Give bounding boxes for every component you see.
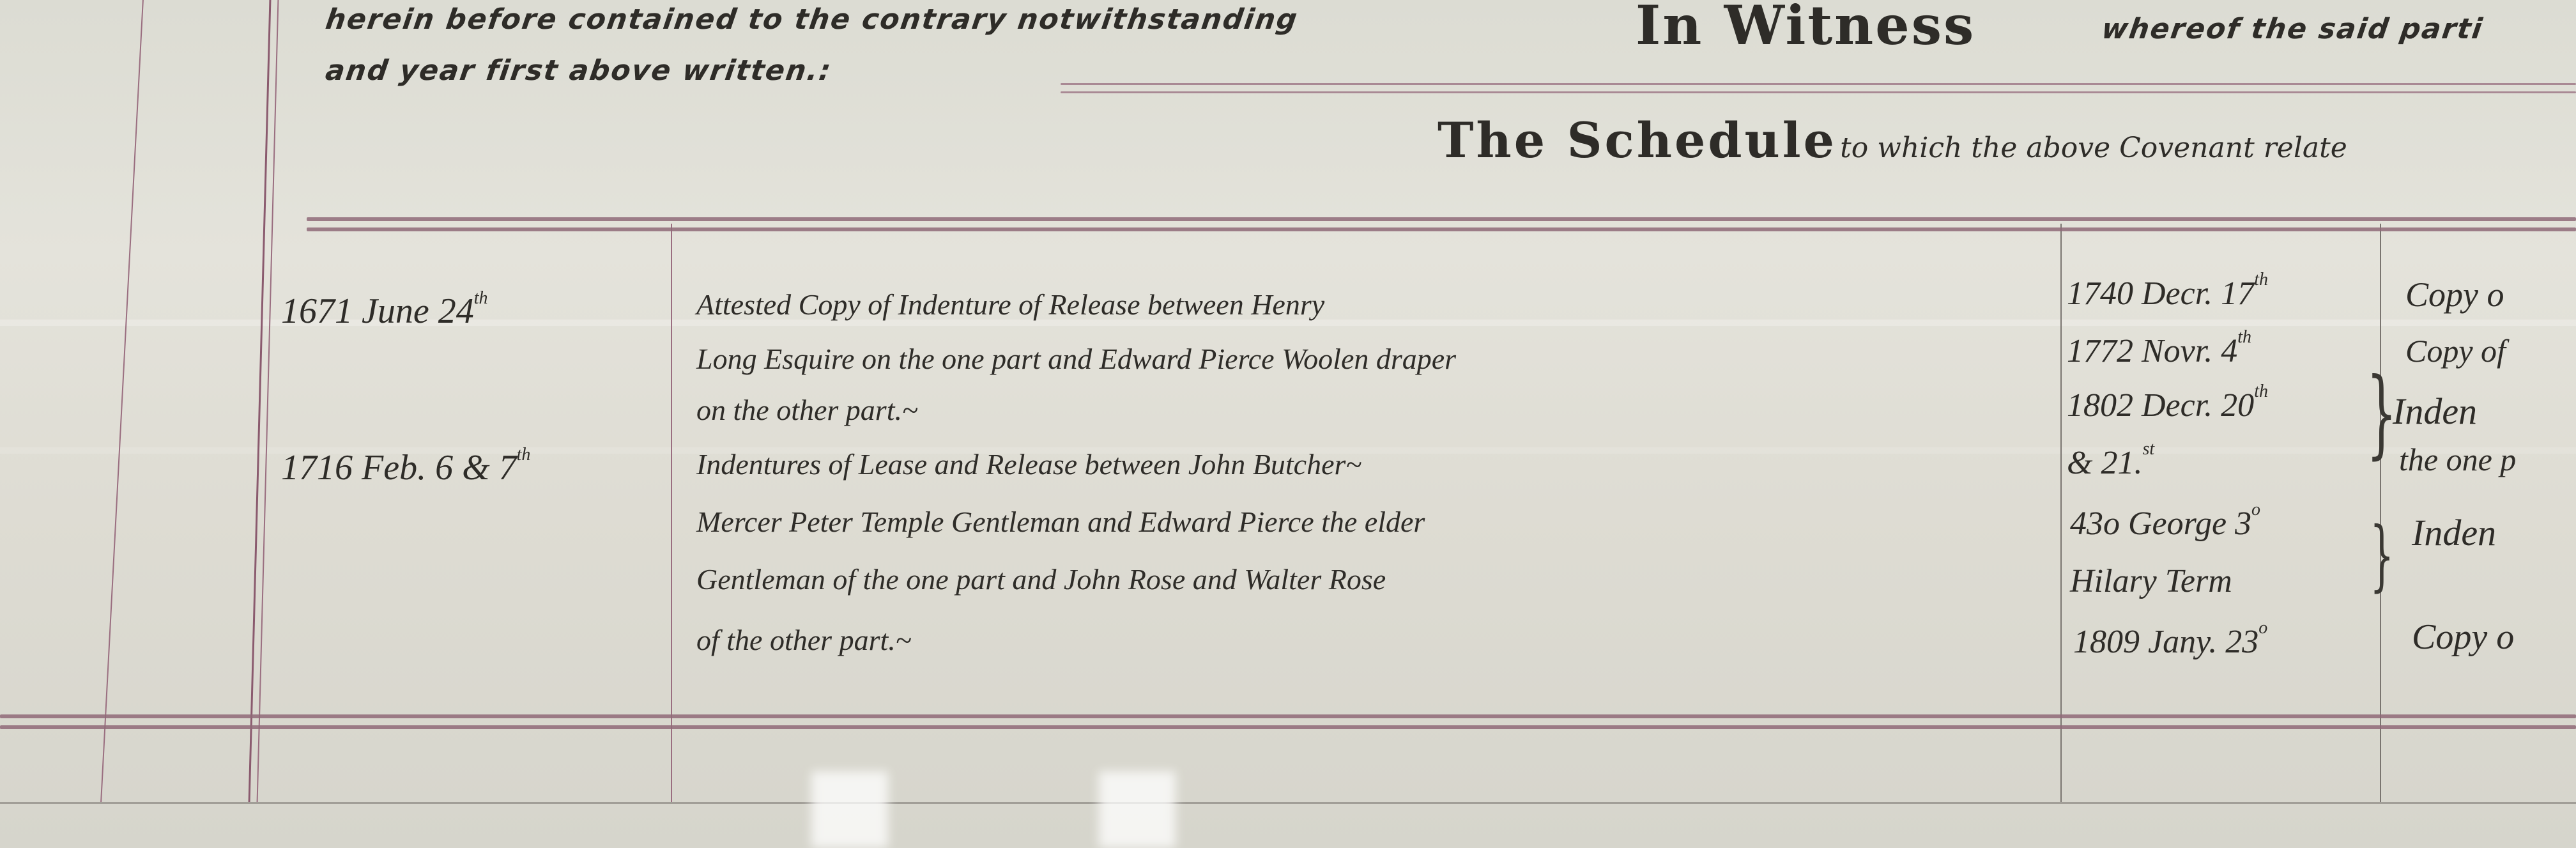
preamble-line-1: herein before contained to the contrary … <box>323 3 1300 36</box>
right-date-3: 1802 Decr. 20th <box>2067 387 2268 424</box>
preamble-line-1-right: whereof the said parti <box>2099 13 2485 45</box>
right-date-7: 1809 Jany. 23o <box>2073 623 2267 661</box>
preamble-line-2: and year first above written.: <box>323 54 834 87</box>
right-date-6: Hilary Term <box>2070 562 2232 600</box>
table-bottom-rule <box>0 714 2576 718</box>
right-fragment-3: Inden <box>2393 390 2477 433</box>
entry-2-line-2: Mercer Peter Temple Gentleman and Edward… <box>696 505 1425 539</box>
date-text: Hilary Term <box>2070 563 2232 599</box>
date-text: 1809 Jany. 23 <box>2073 624 2258 660</box>
date-text: 1772 Novr. 4 <box>2067 333 2237 369</box>
date-superscript: o <box>2251 500 2260 520</box>
date-superscript: th <box>474 288 488 308</box>
date-superscript: th <box>517 445 531 465</box>
schedule-title: The Schedule <box>1437 112 1837 169</box>
date-superscript: th <box>2237 327 2251 347</box>
right-date-5: 43o George 3o <box>2070 505 2260 543</box>
date-text: 1802 Decr. 20 <box>2067 387 2254 424</box>
preamble-rule <box>1061 83 2576 85</box>
date-superscript: th <box>2254 270 2268 289</box>
in-witness-heading: In Witness <box>1636 0 1975 57</box>
entry-2-line-4: of the other part.~ <box>696 623 912 657</box>
right-fragment-2: Copy of <box>2405 332 2506 369</box>
date-text: 1671 June 24 <box>281 291 474 331</box>
right-fragment-4: the one p <box>2399 441 2516 478</box>
document-page: herein before contained to the contrary … <box>0 0 2576 848</box>
table-top-rule <box>307 227 2576 231</box>
date-text: 1740 Decr. 17 <box>2067 275 2254 312</box>
entry-1-line-2: Long Esquire on the one part and Edward … <box>696 342 1456 376</box>
light-glare <box>1099 771 1176 848</box>
paper-edge <box>0 802 2576 804</box>
right-date-4: & 21.st <box>2067 444 2154 482</box>
date-superscript: th <box>2254 382 2268 401</box>
right-date-2: 1772 Novr. 4th <box>2067 332 2251 370</box>
entry-2-line-1: Indentures of Lease and Release between … <box>696 447 1361 481</box>
preamble-text: herein before contained to the contrary … <box>323 3 1300 36</box>
right-fragment-6: Copy o <box>2412 617 2514 658</box>
entry-1-line-1: Attested Copy of Indenture of Release be… <box>696 288 1324 321</box>
date-text: 43o George 3 <box>2070 505 2251 542</box>
preamble-rule <box>1061 91 2576 93</box>
right-fragment-5: Inden <box>2412 511 2496 554</box>
schedule-subtitle: to which the above Covenant relate <box>1840 132 2347 164</box>
right-fragment-1: Copy o <box>2405 275 2504 314</box>
schedule-heading: The Schedule to which the above Covenant… <box>1437 112 2347 169</box>
date-text: 1716 Feb. 6 & 7 <box>281 448 517 488</box>
light-glare <box>811 771 888 848</box>
date-text: & 21. <box>2067 445 2142 481</box>
entry-1-line-3: on the other part.~ <box>696 393 918 427</box>
entry-2-line-3: Gentleman of the one part and John Rose … <box>696 562 1386 596</box>
right-date-1: 1740 Decr. 17th <box>2067 275 2268 312</box>
entry-1-date: 1671 June 24th <box>281 291 488 332</box>
date-superscript: o <box>2258 618 2267 638</box>
table-top-rule <box>307 217 2576 221</box>
date-superscript: st <box>2142 439 2154 459</box>
table-bottom-rule <box>0 725 2576 729</box>
brace-icon: } <box>2370 511 2394 600</box>
margin-rule <box>100 0 144 802</box>
entry-2-date: 1716 Feb. 6 & 7th <box>281 447 530 488</box>
